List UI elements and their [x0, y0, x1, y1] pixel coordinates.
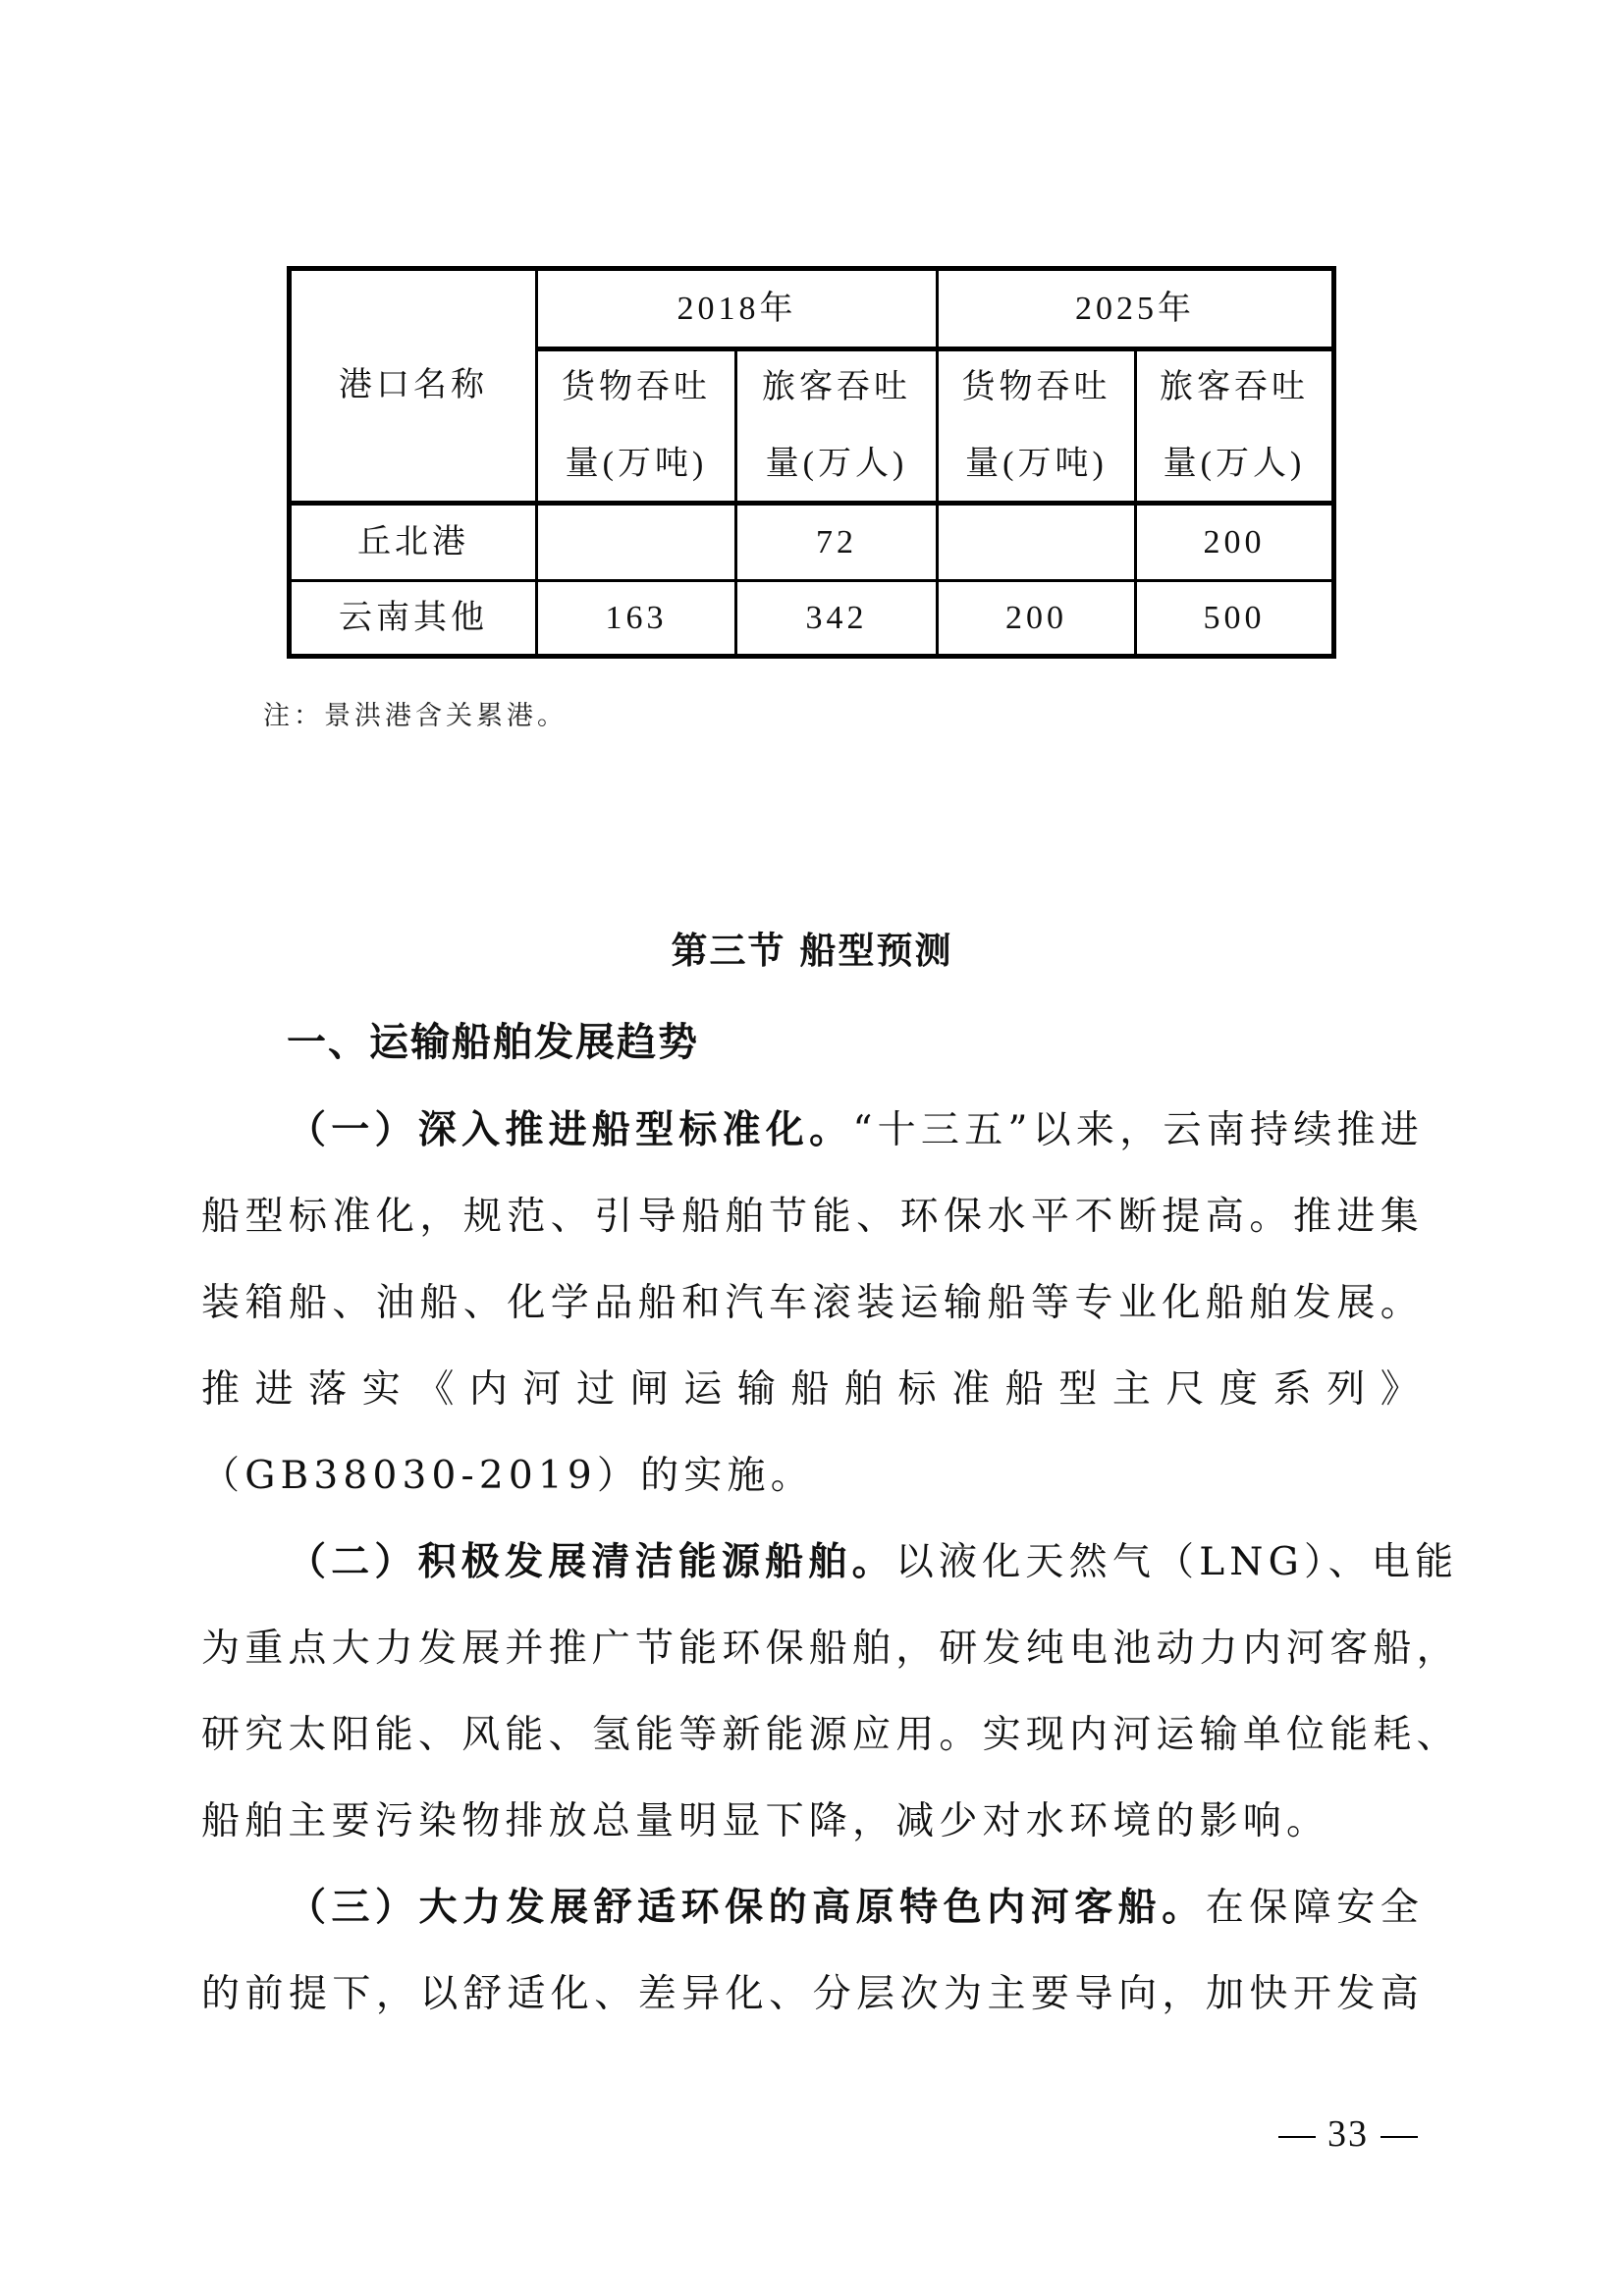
table-cell-cargo-2018: 163 [538, 582, 734, 654]
text-line: 为重点大力发展并推广节能环保船舶，研发纯电池动力内河客船， [201, 1606, 1424, 1692]
text-line: 研究太阳能、风能、氢能等新能源应用。实现内河运输单位能耗、 [201, 1692, 1424, 1779]
paragraph-lead: （一）深入推进船型标准化。 [288, 1108, 852, 1152]
header-passenger-2025: 旅客吞吐 量(万人) [1137, 351, 1331, 501]
header-label: 旅客吞吐 [762, 349, 911, 426]
header-label: 2025年 [1075, 271, 1195, 347]
section-title: 第三节船型预测 [0, 921, 1624, 974]
table-cell-passenger-2018: 72 [737, 506, 936, 579]
text-line: 船舶主要污染物排放总量明显下降，减少对水环境的影响。 [201, 1779, 1424, 1865]
paragraph-3: （三）大力发展舒适环保的高原特色内河客船。在保障安全 的前提下，以舒适化、差异化… [201, 1865, 1424, 2038]
header-cargo-2018: 货物吞吐 量(万吨) [538, 351, 734, 501]
header-label: 量(万吨) [566, 426, 708, 503]
header-cargo-2025: 货物吞吐 量(万吨) [939, 351, 1134, 501]
section-number: 第三节 [672, 930, 786, 972]
table-row-port: 丘北港 [292, 506, 535, 579]
port-throughput-table: 港口名称 2018年 2025年 货物吞吐 量(万吨) 旅客吞吐 量(万人) 货… [287, 266, 1336, 659]
paragraph-text: 在保障安全 [1206, 1886, 1424, 1930]
header-label: 港口名称 [339, 347, 488, 424]
text-line: 的前提下，以舒适化、差异化、分层次为主要导向，加快开发高 [201, 1951, 1424, 2038]
text-line: （GB38030-2019）的实施。 [201, 1433, 1424, 1520]
header-label: 量(万吨) [965, 426, 1108, 503]
table-cell-passenger-2025: 500 [1137, 582, 1331, 654]
header-label: 量(万人) [766, 426, 908, 503]
header-year-2018: 2018年 [538, 271, 936, 347]
text-line: （一）深入推进船型标准化。“十三五”以来，云南持续推进 [201, 1088, 1424, 1174]
text-line: 船型标准化，规范、引导船舶节能、环保水平不断提高。推进集 [201, 1174, 1424, 1260]
paragraph-lead: （二）积极发展清洁能源船舶。 [288, 1540, 895, 1584]
paragraph-text: “十三五”以来，云南持续推进 [852, 1108, 1424, 1152]
text-line: （二）积极发展清洁能源船舶。以液化天然气（LNG）、电能 [201, 1520, 1424, 1606]
header-year-2025: 2025年 [939, 271, 1331, 347]
table-cell-passenger-2025: 200 [1137, 506, 1331, 579]
paragraph-2: （二）积极发展清洁能源船舶。以液化天然气（LNG）、电能 为重点大力发展并推广节… [201, 1520, 1424, 1865]
text-line: （三）大力发展舒适环保的高原特色内河客船。在保障安全 [201, 1865, 1424, 1951]
page-number-value: 33 [1327, 2113, 1369, 2155]
dash-right [1380, 2136, 1418, 2138]
paragraph-lead: （三）大力发展舒适环保的高原特色内河客船。 [288, 1886, 1206, 1930]
text-line: 推进落实《内河过闸运输船舶标准船型主尺度系列》 [201, 1347, 1424, 1433]
document-page: 港口名称 2018年 2025年 货物吞吐 量(万吨) 旅客吞吐 量(万人) 货… [0, 0, 1624, 2296]
table-cell-passenger-2018: 342 [737, 582, 936, 654]
dash-left [1278, 2136, 1316, 2138]
table-row-port: 云南其他 [292, 582, 535, 654]
table-cell-cargo-2025: 200 [939, 582, 1134, 654]
table-note: 注：景洪港含关累港。 [263, 694, 568, 732]
table-cell-cargo-2018 [538, 506, 734, 579]
paragraph-1: （一）深入推进船型标准化。“十三五”以来，云南持续推进 船型标准化，规范、引导船… [201, 1088, 1424, 1520]
paragraph-text: 以液化天然气（LNG）、电能 [895, 1540, 1458, 1584]
header-label: 量(万人) [1164, 426, 1306, 503]
header-port-name: 港口名称 [292, 271, 535, 501]
header-label: 货物吞吐 [962, 349, 1111, 426]
header-label: 货物吞吐 [562, 349, 711, 426]
header-label: 2018年 [677, 271, 797, 347]
text-line: 装箱船、油船、化学品船和汽车滚装运输船等专业化船舶发展。 [201, 1260, 1424, 1347]
table-cell-cargo-2025 [939, 506, 1134, 579]
subsection-title: 一、运输船舶发展趋势 [287, 1011, 699, 1067]
header-passenger-2018: 旅客吞吐 量(万人) [737, 351, 936, 501]
header-label: 旅客吞吐 [1160, 349, 1309, 426]
section-name: 船型预测 [800, 930, 953, 972]
page-number: 33 [1267, 2112, 1430, 2156]
